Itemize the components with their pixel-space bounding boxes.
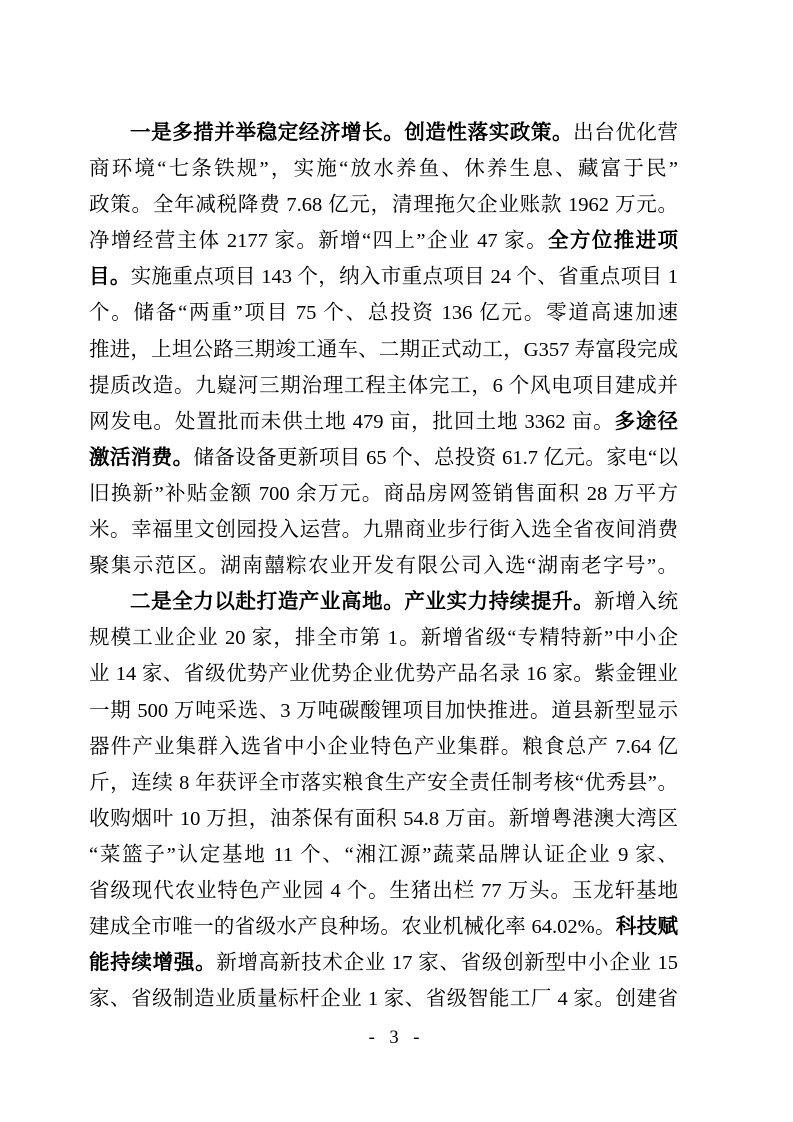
text-line: 目。实施重点项目 143 个，纳入市重点项目 24 个、省重点项目 1 xyxy=(89,259,678,295)
bold-text-segment: 多途径 xyxy=(615,411,678,433)
text-line: 聚集示范区。湖南囍粽农业开发有限公司入选“湖南老字号”。 xyxy=(89,548,678,584)
text-segment: 收购烟叶 10 万担，油茶保有面积 54.8 万亩。新增粤港澳大湾区 xyxy=(89,808,678,830)
text-segment: 家、省级制造业质量标杆企业 1 家、省级智能工厂 4 家。创建省 xyxy=(89,988,678,1010)
bold-text-segment: 目。 xyxy=(89,266,131,288)
text-segment: 网发电。处置批而未供土地 479 亩，批回土地 3362 亩。 xyxy=(89,411,615,433)
text-line: 一是多措并举稳定经济增长。创造性落实政策。出台优化营 xyxy=(89,115,678,151)
bold-text-segment: 二是全力以赴打造产业高地。 xyxy=(130,590,404,613)
text-line: 净增经营主体 2177 家。新增“四上”企业 47 家。全方位推进项 xyxy=(89,223,678,259)
text-segment: “菜篮子”认定基地 11 个、“湘江源”蔬菜品牌认证企业 9 家、 xyxy=(89,844,678,866)
text-line: 推进，上坦公路三期竣工通车、二期正式动工，G357 寿富段完成 xyxy=(89,332,678,368)
text-line: 米。幸福里文创园投入运营。九鼎商业步行街入选全省夜间消费 xyxy=(89,512,678,548)
text-segment: 实施重点项目 143 个，纳入市重点项目 24 个、省重点项目 1 xyxy=(131,266,678,288)
text-line: 网发电。处置批而未供土地 479 亩，批回土地 3362 亩。多途径 xyxy=(89,404,678,440)
text-segment: 规模工业企业 20 家，排全市第 1。新增省级“专精特新”中小企 xyxy=(89,627,678,649)
text-segment: 建成全市唯一的省级水产良种场。农业机械化率 64.02%。 xyxy=(89,916,616,938)
bold-text-segment: 激活消费。 xyxy=(89,447,193,469)
text-line: 斤，连续 8 年获评全市落实粮食生产安全责任制考核“优秀县”。 xyxy=(89,765,678,801)
text-segment: 旧换新”补贴金额 700 余万元。商品房网签销售面积 28 万平方 xyxy=(89,483,678,505)
text-line: 提质改造。九嶷河三期治理工程主体完工，6 个风电项目建成并 xyxy=(89,368,678,404)
text-segment: 净增经营主体 2177 家。新增“四上”企业 47 家。 xyxy=(89,230,548,252)
text-line: 二是全力以赴打造产业高地。产业实力持续提升。新增入统 xyxy=(89,584,678,620)
text-line: 商环境“七条铁规”，实施“放水养鱼、休养生息、藏富于民” xyxy=(89,151,678,187)
bold-text-segment: 科技赋 xyxy=(616,916,678,938)
bold-text-segment: 一是多措并举稳定经济增长。 xyxy=(130,121,404,144)
text-segment: 出台优化营 xyxy=(573,122,678,144)
text-segment: 业 14 家、省级优势产业优势企业优势产品名录 16 家。紫金锂业 xyxy=(89,663,678,685)
bold-text-segment: 产业实力持续提升。 xyxy=(404,591,594,613)
bold-text-segment: 创造性落实政策。 xyxy=(404,122,573,144)
text-segment: 商环境“七条铁规”，实施“放水养鱼、休养生息、藏富于民” xyxy=(89,158,678,180)
text-line: 收购烟叶 10 万担，油茶保有面积 54.8 万亩。新增粤港澳大湾区 xyxy=(89,801,678,837)
page-number: - 3 - xyxy=(0,1028,793,1049)
text-segment: 器件产业集群入选省中小企业特色产业集群。粮食总产 7.64 亿 xyxy=(89,736,678,758)
text-segment: 提质改造。九嶷河三期治理工程主体完工，6 个风电项目建成并 xyxy=(89,375,678,397)
text-segment: 个。储备“两重”项目 75 个、总投资 136 亿元。零道高速加速 xyxy=(89,302,678,324)
text-line: 旧换新”补贴金额 700 余万元。商品房网签销售面积 28 万平方 xyxy=(89,476,678,512)
text-line: 个。储备“两重”项目 75 个、总投资 136 亿元。零道高速加速 xyxy=(89,295,678,331)
text-segment: 政策。全年减税降费 7.68 亿元，清理拖欠企业账款 1962 万元。 xyxy=(89,194,678,216)
bold-text-segment: 能持续增强。 xyxy=(89,952,216,974)
text-segment: 斤，连续 8 年获评全市落实粮食生产安全责任制考核“优秀县”。 xyxy=(89,772,678,794)
bold-text-segment: 全方位推进项 xyxy=(548,230,678,252)
text-segment: 推进，上坦公路三期竣工通车、二期正式动工，G357 寿富段完成 xyxy=(89,339,678,361)
text-line: 规模工业企业 20 家，排全市第 1。新增省级“专精特新”中小企 xyxy=(89,620,678,656)
text-line: 一期 500 万吨采选、3 万吨碳酸锂项目加快推进。道县新型显示 xyxy=(89,693,678,729)
text-line: “菜篮子”认定基地 11 个、“湘江源”蔬菜品牌认证企业 9 家、 xyxy=(89,837,678,873)
document-page: 一是多措并举稳定经济增长。创造性落实政策。出台优化营商环境“七条铁规”，实施“放… xyxy=(0,0,793,1122)
text-line: 省级现代农业特色产业园 4 个。生猪出栏 77 万头。玉龙轩基地 xyxy=(89,873,678,909)
text-segment: 新增入统 xyxy=(594,591,678,613)
text-segment: 米。幸福里文创园投入运营。九鼎商业步行街入选全省夜间消费 xyxy=(89,519,678,541)
text-segment: 一期 500 万吨采选、3 万吨碳酸锂项目加快推进。道县新型显示 xyxy=(89,700,678,722)
document-text-block: 一是多措并举稳定经济增长。创造性落实政策。出台优化营商环境“七条铁规”，实施“放… xyxy=(89,115,678,1017)
text-line: 建成全市唯一的省级水产良种场。农业机械化率 64.02%。科技赋 xyxy=(89,909,678,945)
text-line: 家、省级制造业质量标杆企业 1 家、省级智能工厂 4 家。创建省 xyxy=(89,981,678,1017)
text-segment: 新增高新技术企业 17 家、省级创新型中小企业 15 xyxy=(216,952,678,974)
text-line: 业 14 家、省级优势产业优势企业优势产品名录 16 家。紫金锂业 xyxy=(89,656,678,692)
text-segment: 省级现代农业特色产业园 4 个。生猪出栏 77 万头。玉龙轩基地 xyxy=(89,880,678,902)
text-segment: 储备设备更新项目 65 个、总投资 61.7 亿元。家电“以 xyxy=(193,447,678,469)
text-line: 激活消费。储备设备更新项目 65 个、总投资 61.7 亿元。家电“以 xyxy=(89,440,678,476)
text-segment: 聚集示范区。湖南囍粽农业开发有限公司入选“湖南老字号”。 xyxy=(89,555,678,577)
text-line: 能持续增强。新增高新技术企业 17 家、省级创新型中小企业 15 xyxy=(89,945,678,981)
text-line: 政策。全年减税降费 7.68 亿元，清理拖欠企业账款 1962 万元。 xyxy=(89,187,678,223)
text-line: 器件产业集群入选省中小企业特色产业集群。粮食总产 7.64 亿 xyxy=(89,729,678,765)
